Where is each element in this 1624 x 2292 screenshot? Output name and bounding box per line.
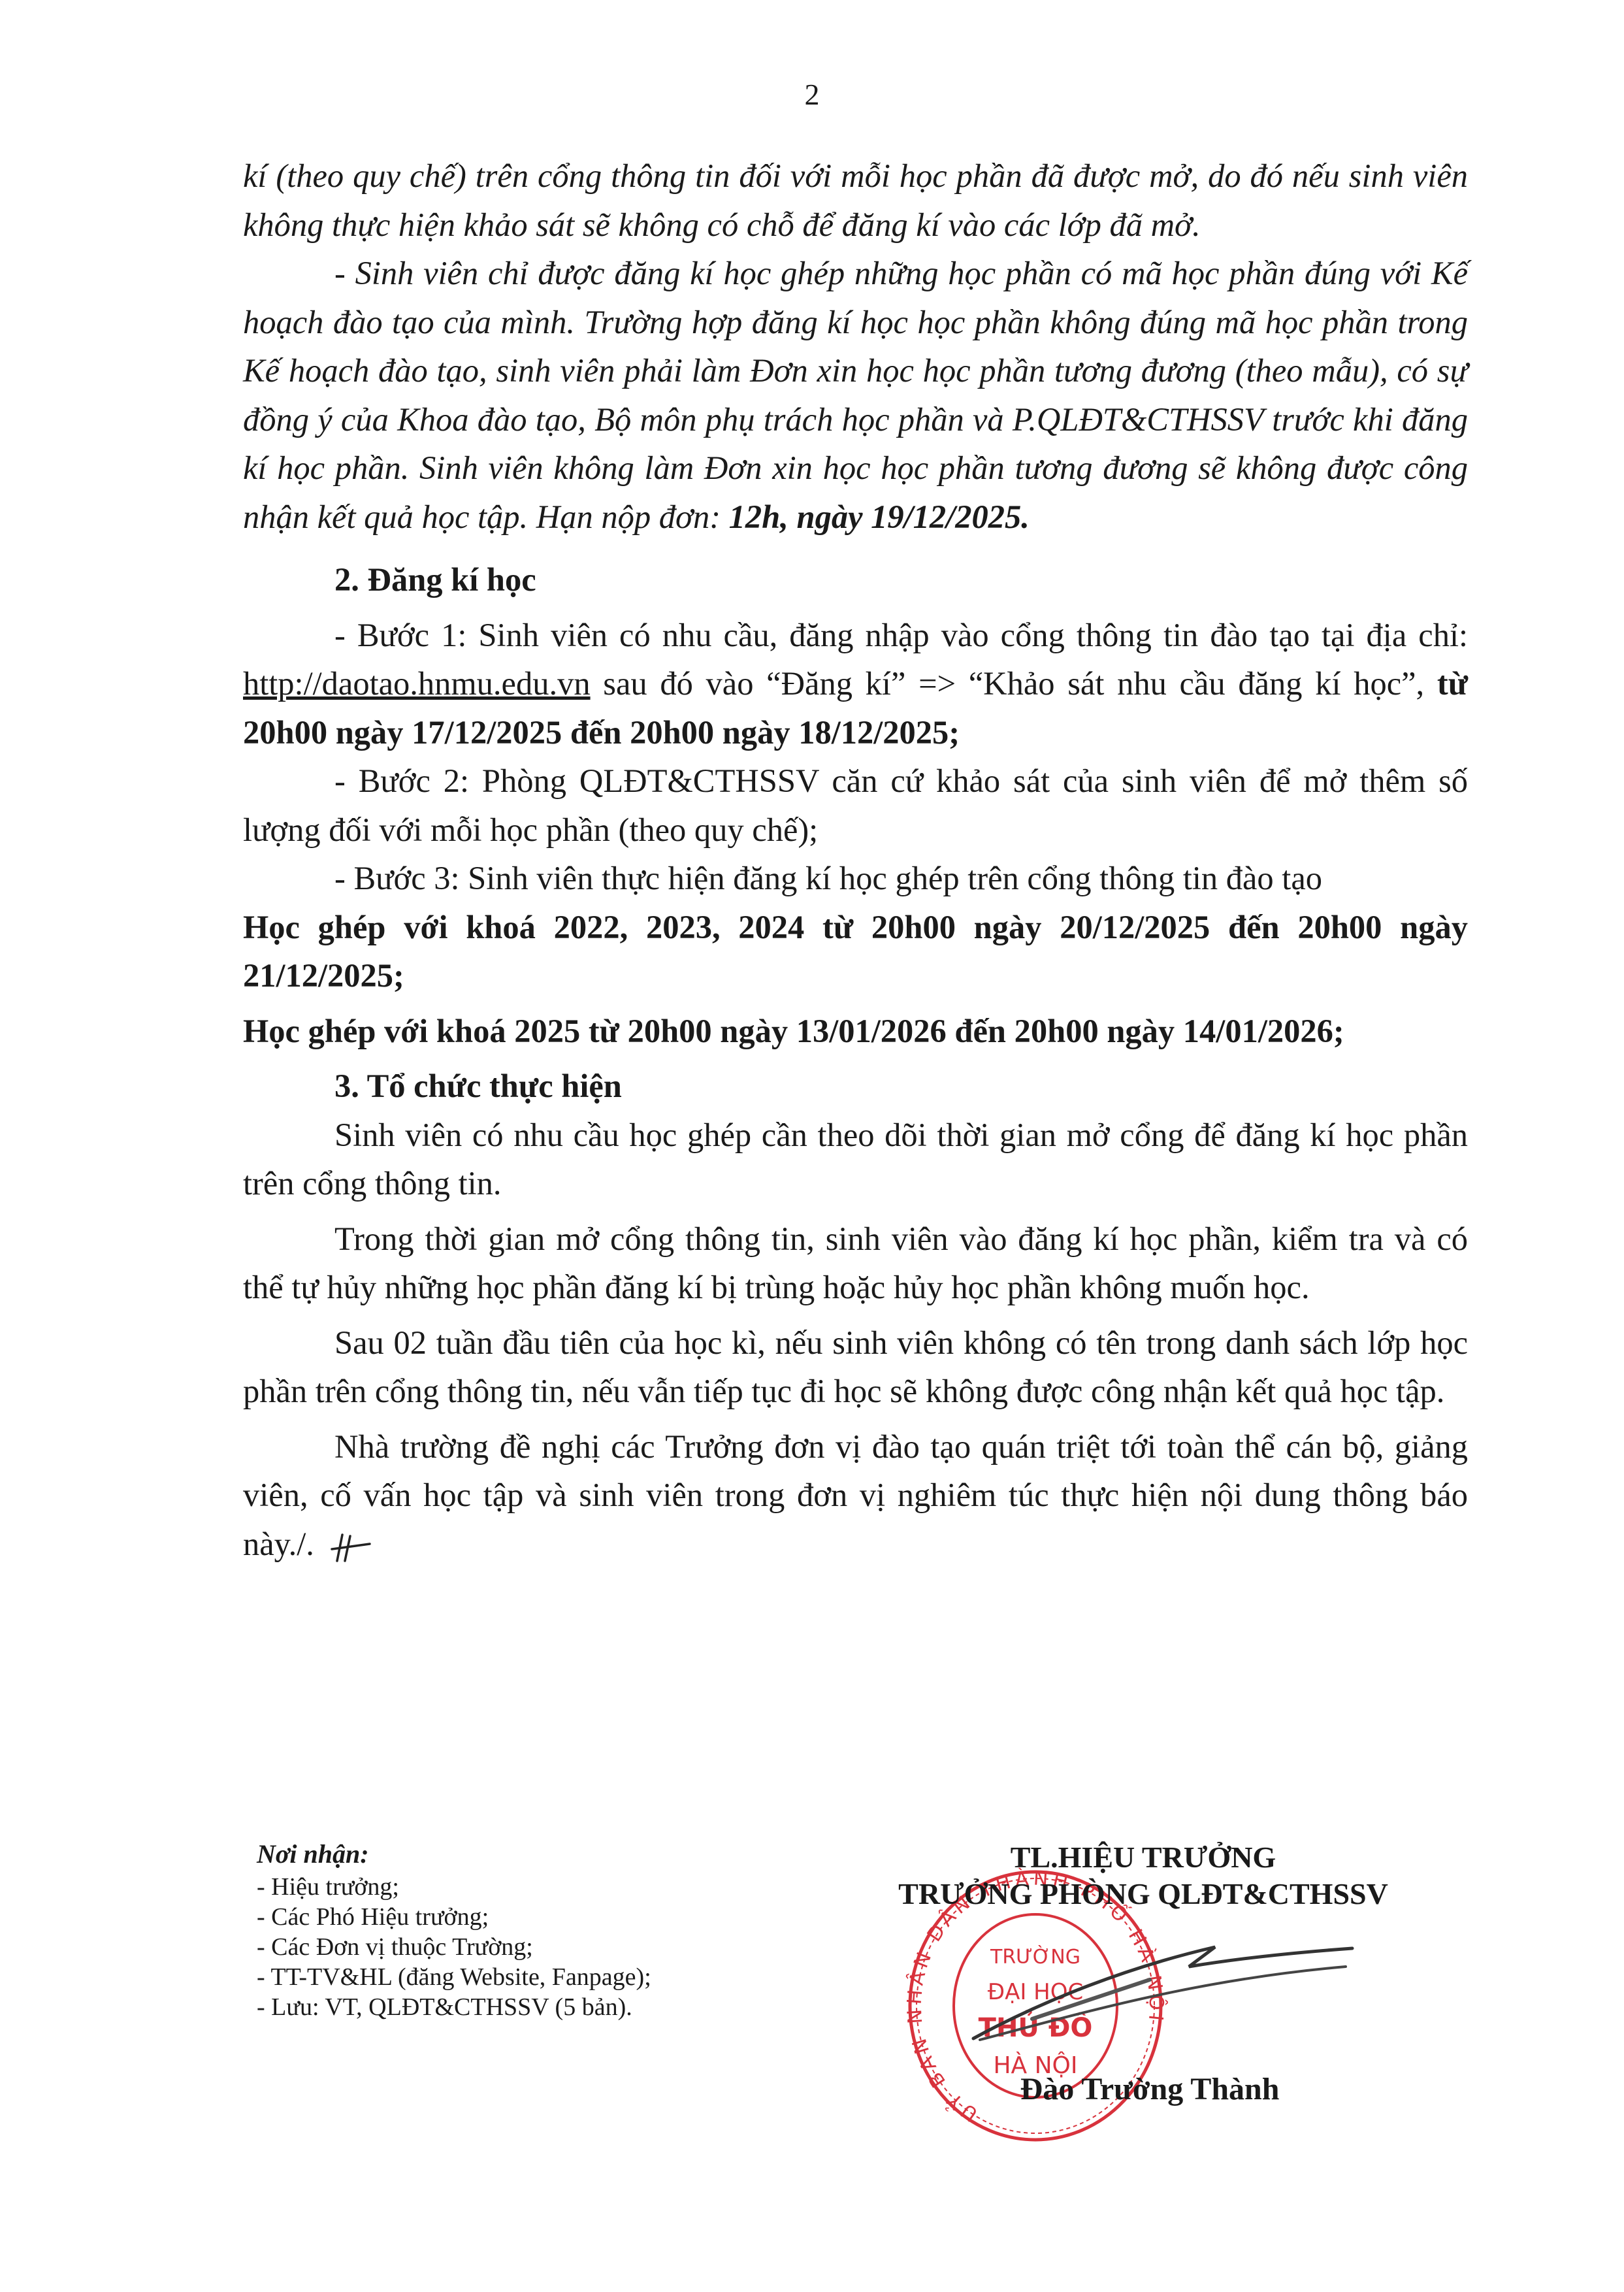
document-body: kí (theo quy chế) trên cổng thông tin đố… [243, 152, 1468, 1568]
handwritten-signature-icon [967, 1940, 1359, 2045]
recipient-item: - Lưu: VT, QLĐT&CTHSSV (5 bản). [257, 1992, 651, 2022]
signatory-name: Đào Trường Thành [928, 2071, 1372, 2107]
signatory-title: TL.HIỆU TRƯỞNG TRƯỞNG PHÒNG QLĐT&CTHSSV [810, 1839, 1476, 1912]
section-heading-registration: 2. Đăng kí học [243, 555, 1468, 604]
initials-mark-icon [323, 1531, 375, 1563]
recipient-item: - Các Phó Hiệu trưởng; [257, 1902, 651, 1932]
equivalent-course-text: - Sinh viên chỉ được đăng kí học ghép nh… [243, 255, 1468, 535]
signatory-line-1: TL.HIỆU TRƯỞNG [810, 1839, 1476, 1876]
recipients-title: Nơi nhận: [257, 1839, 651, 1869]
signatory-line-2: TRƯỞNG PHÒNG QLĐT&CTHSSV [810, 1876, 1476, 1912]
recipient-item: - Hiệu trưởng; [257, 1872, 651, 1902]
section-heading-implementation: 3. Tổ chức thực hiện [243, 1062, 1468, 1111]
survey-note-continued: kí (theo quy chế) trên cổng thông tin đố… [243, 152, 1468, 249]
implementation-paragraph: Trong thời gian mở cổng thông tin, sinh … [243, 1215, 1468, 1312]
step-1: - Bước 1: Sinh viên có nhu cầu, đăng nhậ… [243, 611, 1468, 757]
recipient-item: - TT-TV&HL (đăng Website, Fanpage); [257, 1962, 651, 1992]
closing-paragraph: Nhà trường đề nghị các Trưởng đơn vị đào… [243, 1422, 1468, 1569]
equivalent-course-note: - Sinh viên chỉ được đăng kí học ghép nh… [243, 249, 1468, 541]
step-2: - Bước 2: Phòng QLĐT&CTHSSV căn cứ khảo … [243, 757, 1468, 854]
schedule-cohort-2022-2024: Học ghép với khoá 2022, 2023, 2024 từ 20… [243, 903, 1468, 1000]
step-3: - Bước 3: Sinh viên thực hiện đăng kí họ… [243, 854, 1468, 903]
schedule-cohort-2025: Học ghép với khoá 2025 từ 20h00 ngày 13/… [243, 1007, 1468, 1056]
recipients-list: Nơi nhận: - Hiệu trưởng; - Các Phó Hiệu … [257, 1839, 651, 2022]
application-deadline: 12h, ngày 19/12/2025. [729, 499, 1030, 535]
recipient-item: - Các Đơn vị thuộc Trường; [257, 1932, 651, 1962]
step-1-path: sau đó vào “Đăng kí” => “Khảo sát nhu cầ… [591, 665, 1437, 702]
closing-text: Nhà trường đề nghị các Trưởng đơn vị đào… [243, 1428, 1468, 1562]
step-1-text: - Bước 1: Sinh viên có nhu cầu, đăng nhậ… [334, 617, 1468, 653]
implementation-paragraph: Sinh viên có nhu cầu học ghép cần theo d… [243, 1111, 1468, 1208]
portal-link[interactable]: http://daotao.hnmu.edu.vn [243, 665, 591, 702]
page-number: 2 [0, 77, 1624, 112]
implementation-paragraph: Sau 02 tuần đầu tiên của học kì, nếu sin… [243, 1318, 1468, 1416]
